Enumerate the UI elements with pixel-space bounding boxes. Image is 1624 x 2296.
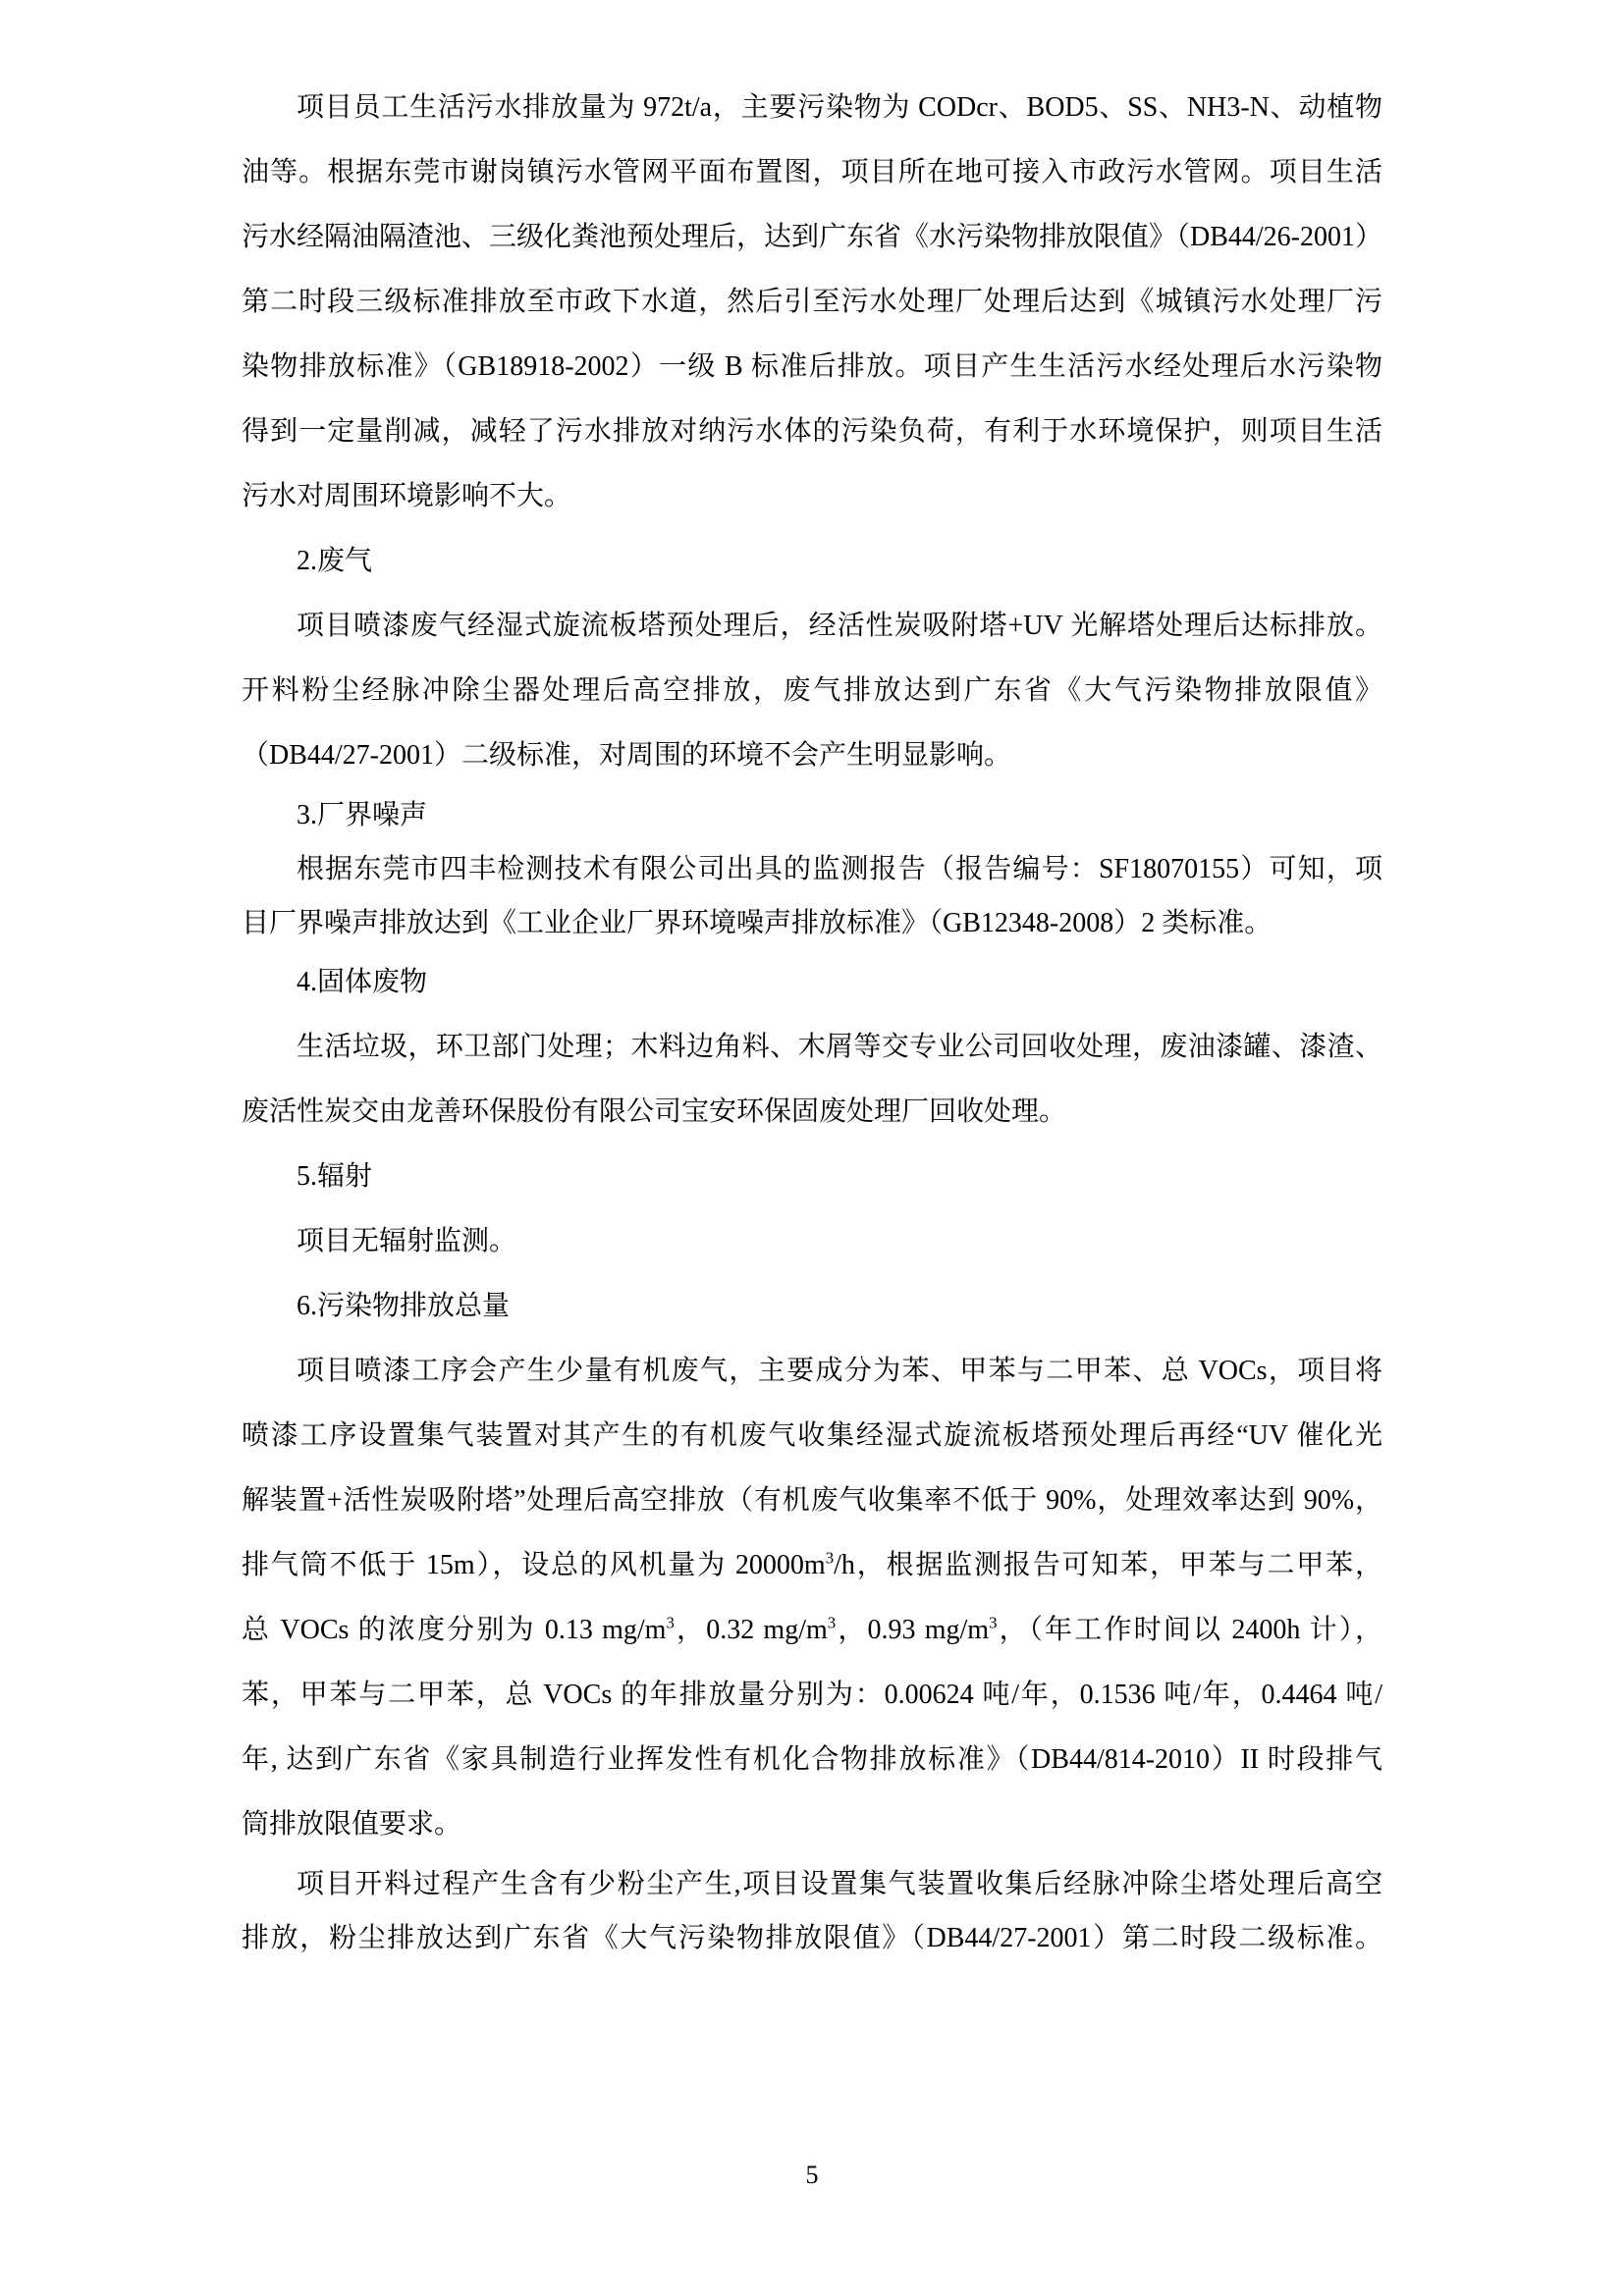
text-line: 根据东莞市四丰检测技术有限公司出具的监测报告（报告编号：SF18070155）可… — [242, 842, 1382, 896]
text-line: 染物排放标准》（GB18918-2002）一级 B 标准后排放。项目产生生活污水… — [242, 335, 1382, 400]
text-line: 项目喷漆工序会产生少量有机废气，主要成分为苯、甲苯与二甲苯、总 VOCs，项目将 — [242, 1339, 1382, 1404]
text-line: 总 VOCs 的浓度分别为 0.13 mg/m3，0.32 mg/m3，0.93… — [242, 1598, 1382, 1663]
text-line: 项目开料过程产生含有少粉尘产生,项目设置集气装置收集后经脉冲除尘塔处理后高空 — [242, 1857, 1382, 1911]
text-line: 第二时段三级标准排放至市政下水道，然后引至污水处理厂处理后达到《城镇污水处理厂污 — [242, 270, 1382, 335]
text-line: 排气筒不低于 15m），设总的风机量为 20000m3/h，根据监测报告可知苯，… — [242, 1533, 1382, 1598]
page-footer: 5 — [0, 2156, 1624, 2195]
text-line: 项目无辐射监测。 — [242, 1209, 1382, 1274]
text-line: 喷漆工序设置集气装置对其产生的有机废气收集经湿式旋流板塔预处理后再经“UV 催化… — [242, 1404, 1382, 1468]
text-line: 污水对周围环境影响不大。 — [242, 464, 1382, 529]
text-line: 油等。根据东莞市谢岗镇污水管网平面布置图，项目所在地可接入市政污水管网。项目生活 — [242, 140, 1382, 205]
section-heading: 4.固体废物 — [242, 950, 1382, 1015]
text-line: 开料粉尘经脉冲除尘器处理后高空排放，废气排放达到广东省《大气污染物排放限值》 — [242, 659, 1382, 723]
text-line: 苯，甲苯与二甲苯，总 VOCs 的年排放量分别为：0.00624 吨/年，0.1… — [242, 1663, 1382, 1728]
text-line: 生活垃圾，环卫部门处理；木料边角料、木屑等交专业公司回收处理，废油漆罐、漆渣、 — [242, 1015, 1382, 1080]
text-line: 筒排放限值要求。 — [242, 1792, 1382, 1857]
section-heading: 5.辐射 — [242, 1145, 1382, 1209]
text-line: 年, 达到广东省《家具制造行业挥发性有机化合物排放标准》（DB44/814-20… — [242, 1728, 1382, 1792]
text-line: 得到一定量削减，减轻了污水排放对纳污水体的污染负荷，有利于水环境保护，则项目生活 — [242, 400, 1382, 464]
page-number: 5 — [806, 2161, 819, 2189]
document-page: 项目员工生活污水排放量为 972t/a，主要污染物为 CODcr、BOD5、SS… — [0, 0, 1624, 2296]
text-line: 废活性炭交由龙善环保股份有限公司宝安环保固废处理厂回收处理。 — [242, 1080, 1382, 1145]
section-heading: 2.废气 — [242, 529, 1382, 594]
text-line: 污水经隔油隔渣池、三级化粪池预处理后，达到广东省《水污染物排放限值》（DB44/… — [242, 205, 1382, 270]
text-line: 项目员工生活污水排放量为 972t/a，主要污染物为 CODcr、BOD5、SS… — [242, 76, 1382, 140]
text-line: （DB44/27-2001）二级标准，对周围的环境不会产生明显影响。 — [242, 723, 1382, 788]
text-line: 排放，粉尘排放达到广东省《大气污染物排放限值》（DB44/27-2001）第二时… — [242, 1911, 1382, 1965]
text-line: 目厂界噪声排放达到《工业企业厂界环境噪声排放标准》（GB12348-2008）2… — [242, 896, 1382, 950]
text-line: 项目喷漆废气经湿式旋流板塔预处理后，经活性炭吸附塔+UV 光解塔处理后达标排放。 — [242, 594, 1382, 659]
section-heading: 6.污染物排放总量 — [242, 1274, 1382, 1339]
document-body: 项目员工生活污水排放量为 972t/a，主要污染物为 CODcr、BOD5、SS… — [242, 76, 1382, 1965]
section-heading: 3.厂界噪声 — [242, 788, 1382, 842]
text-line: 解装置+活性炭吸附塔”处理后高空排放（有机废气收集率不低于 90%，处理效率达到… — [242, 1468, 1382, 1533]
